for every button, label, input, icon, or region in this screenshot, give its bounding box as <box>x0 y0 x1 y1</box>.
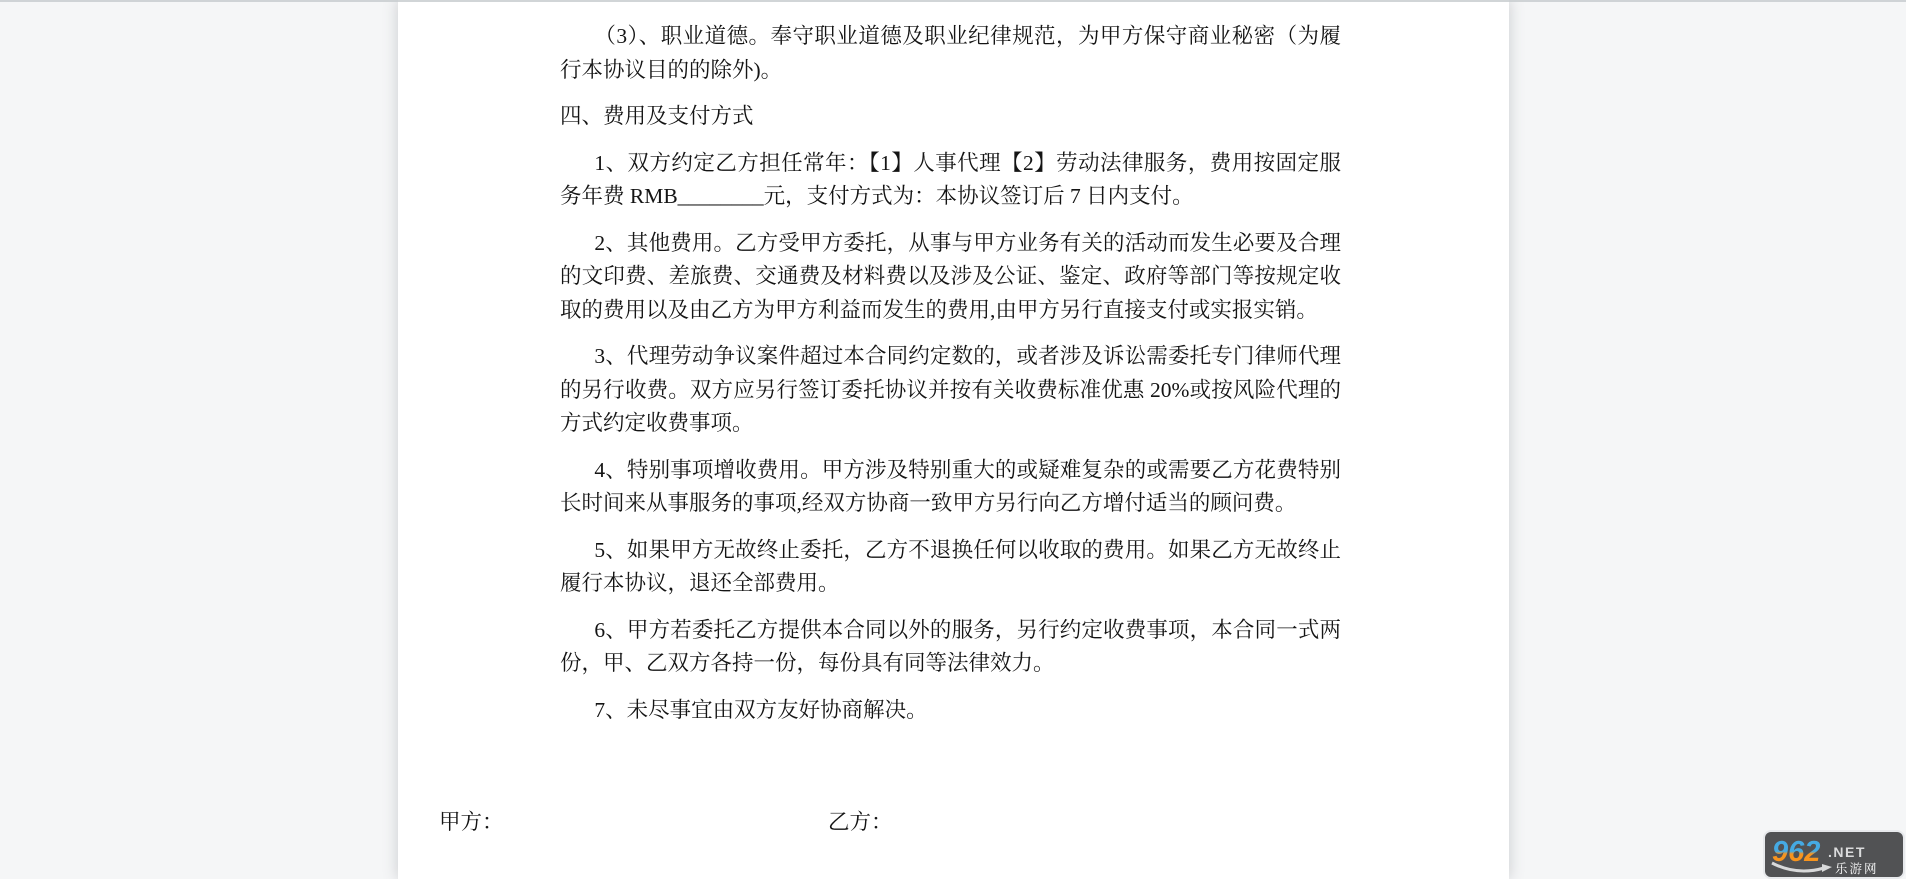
paragraph: 5、如果甲方无故终止委托，乙方不退换任何以收取的费用。如果乙方无故终止履行本协议… <box>560 534 1341 601</box>
paragraph: 2、其他费用。乙方受甲方委托，从事与甲方业务有关的活动而发生必要及合理的文印费、… <box>560 227 1341 328</box>
section-heading: 四、费用及支付方式 <box>560 100 1341 134</box>
document-page: （3）、职业道德。奉守职业道德及职业纪律规范，为甲方保守商业秘密（为履行本协议目… <box>398 0 1509 879</box>
logo-domain-text: .NET <box>1828 844 1866 860</box>
party-a-label: 甲方： <box>439 806 504 840</box>
window-top-edge <box>0 0 1906 2</box>
paragraph: 3、代理劳动争议案件超过本合同约定数的，或者涉及诉讼需委托专门律师代理的另行收费… <box>560 340 1341 441</box>
party-b-label: 乙方： <box>828 806 893 840</box>
signature-row: 甲方： 乙方： <box>398 786 1509 820</box>
document-content: （3）、职业道德。奉守职业道德及职业纪律规范，为甲方保守商业秘密（为履行本协议目… <box>398 0 1509 727</box>
logo-arrowhead-icon <box>1822 864 1832 872</box>
paragraph: 7、未尽事宜由双方友好协商解决。 <box>560 694 1341 728</box>
962net-logo-icon: 962 .NET 乐游网 <box>1765 832 1903 877</box>
logo-number-text: 962 <box>1772 836 1820 868</box>
paragraph: 4、特别事项增收费用。甲方涉及特别重大的或疑难复杂的或需要乙方花费特别长时间来从… <box>560 454 1341 521</box>
page-background: （3）、职业道德。奉守职业道德及职业纪律规范，为甲方保守商业秘密（为履行本协议目… <box>0 0 1906 879</box>
paragraph: 6、甲方若委托乙方提供本合同以外的服务，另行约定收费事项，本合同一式两份，甲、乙… <box>560 614 1341 681</box>
logo-site-name-text: 乐游网 <box>1835 861 1879 876</box>
paragraph: （3）、职业道德。奉守职业道德及职业纪律规范，为甲方保守商业秘密（为履行本协议目… <box>560 20 1341 87</box>
site-watermark-logo[interactable]: 962 .NET 乐游网 <box>1765 832 1903 877</box>
paragraph: 1、双方约定乙方担任常年：【1】人事代理【2】劳动法律服务，费用按固定服务年费 … <box>560 147 1341 214</box>
